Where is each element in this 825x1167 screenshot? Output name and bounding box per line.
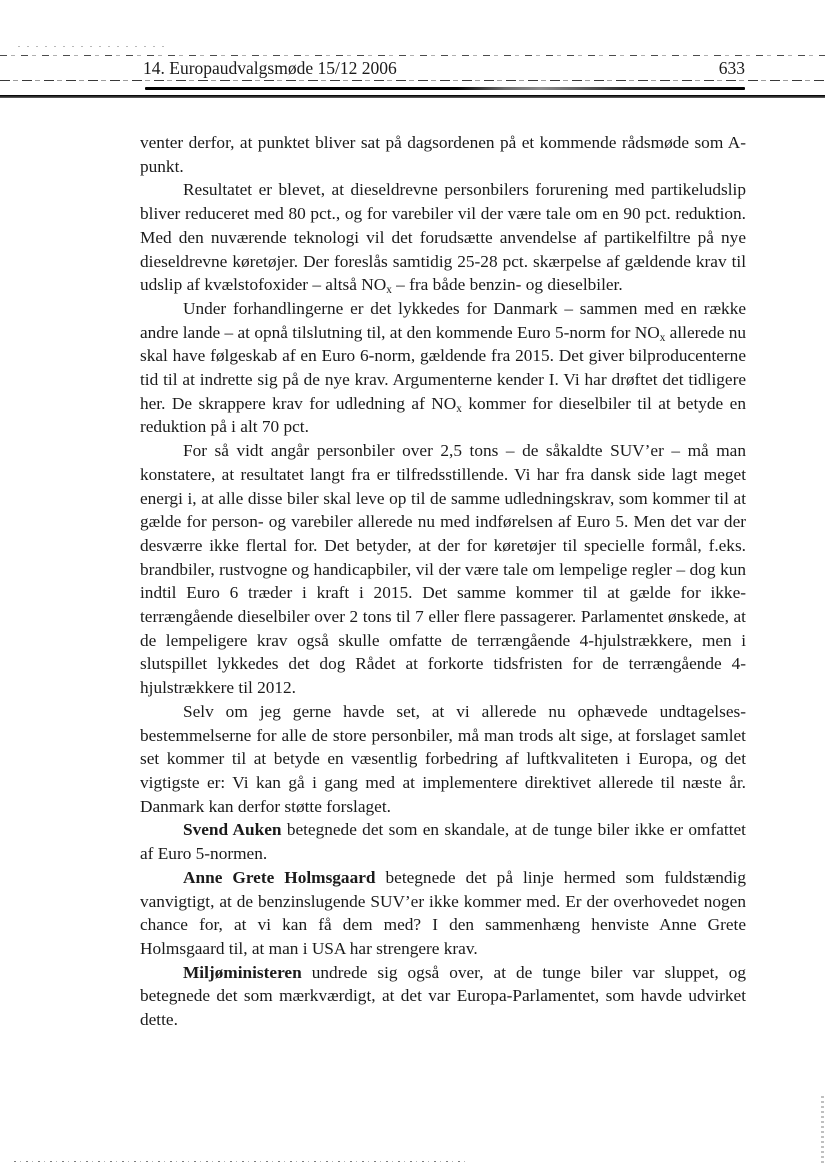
paragraph: Anne Grete Holmsgaard betegnede det på l… (140, 866, 746, 961)
scan-noise-right-edge (821, 1096, 824, 1166)
paragraph: Selv om jeg gerne havde set, at vi aller… (140, 700, 746, 819)
paragraph: Resultatet er blevet, at dieseldrevne pe… (140, 178, 746, 297)
footer-dotted-rule (14, 1161, 466, 1163)
document-body: venter derfor, at punktet bliver sat på … (140, 131, 746, 1032)
speaker-name: Svend Auken (183, 820, 282, 839)
paragraph: venter derfor, at punktet bliver sat på … (140, 131, 746, 178)
header-thick-rule (145, 87, 745, 90)
paragraph: Svend Auken betegnede det som en skandal… (140, 818, 746, 865)
header-title: 14. Europaudvalgsmøde 15/12 2006 (143, 57, 397, 79)
header-bottom-rule (0, 95, 825, 98)
page-header: 14. Europaudvalgsmøde 15/12 2006 633 (143, 57, 745, 79)
subscript-text: x (386, 284, 392, 296)
subscript-text: x (456, 403, 462, 415)
speaker-name: Miljøministeren (183, 963, 302, 982)
speaker-name: Anne Grete Holmsgaard (183, 868, 376, 887)
subscript-text: x (660, 332, 666, 344)
paragraph: Under forhandlingerne er det lykkedes fo… (140, 297, 746, 439)
paragraph: Miljøministeren undrede sig også over, a… (140, 961, 746, 1032)
document-page: 14. Europaudvalgsmøde 15/12 2006 633 ven… (0, 0, 825, 1167)
scan-speckles (18, 46, 168, 48)
page-number: 633 (719, 57, 745, 79)
header-underline-rule (0, 80, 825, 82)
paragraph: For så vidt angår personbiler over 2,5 t… (140, 439, 746, 700)
